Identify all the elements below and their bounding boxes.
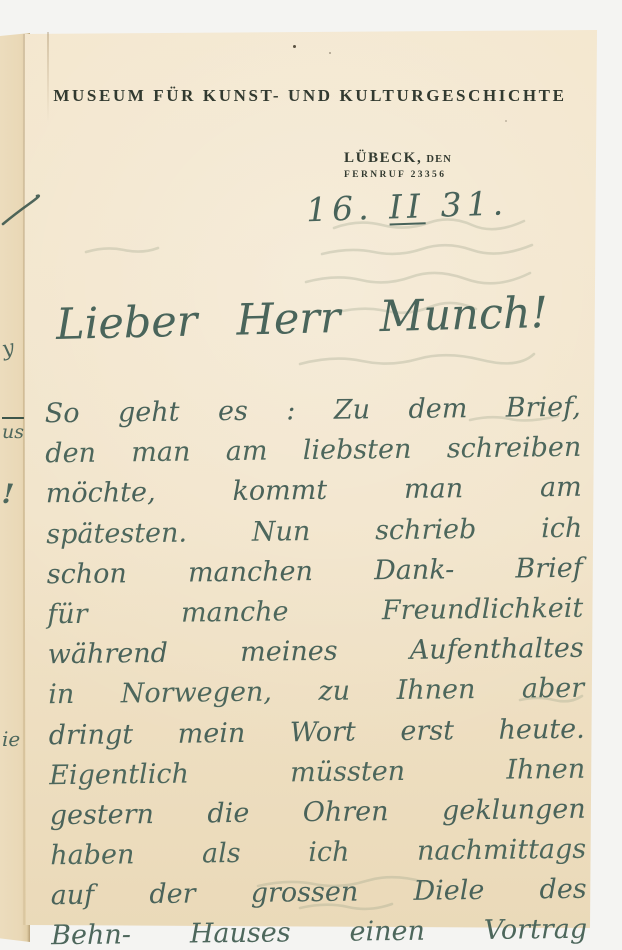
handwritten-line: dringt mein Wort erst heute. [49,709,585,756]
place-den-label: DEN [426,154,452,165]
handwritten-line: spätesten. Nun schrieb ich [46,508,582,555]
date-year: 31. [440,183,509,224]
handwritten-line: möchte, kommt man am [46,468,582,515]
date-month-roman: II [388,186,425,226]
place-line: LÜBECK, DEN [344,149,452,167]
handwritten-line: schon manchen Dank- Brief [47,548,583,595]
handwritten-line: Behn- Hauses einen Vortrag [51,910,587,950]
handwritten-line: haben als ich nachmittags [50,830,586,877]
handwritten-line: So geht es : Zu dem Brief, [45,388,581,435]
letterhead-place-block: LÜBECK, DEN FERNRUF 23356 [344,149,452,180]
handwritten-line: in Norwegen, zu Ihnen aber [48,669,584,716]
handwriting-fragment: us [2,417,24,443]
handwritten-line: für manche Freundlichkeit [47,589,583,636]
handwriting-fragment: ! [1,479,15,511]
handwritten-line: auf der grossen Diele des [50,870,586,917]
letter-body: So geht es : Zu dem Brief, den man am li… [45,388,588,950]
paper-speck [293,45,296,48]
paper-speck [329,52,331,54]
paper-speck [505,120,507,122]
handwriting-fragment: ie [2,727,20,751]
paper-crease [47,32,49,122]
letterhead-title: MUSEUM FÜR KUNST- UND KULTURGESCHICHTE [23,86,597,106]
date-day: 16. [305,188,374,229]
handwritten-line: Eigentlich müssten Ihnen [49,749,585,796]
handwritten-line: gestern die Ohren geklungen [49,790,585,837]
handwritten-line: den man am liebsten schreiben [45,428,581,475]
handwritten-line: während meines Aufenthaltes [48,629,584,676]
phone-line: FERNRUF 23356 [344,170,452,180]
place-city: LÜBECK, [344,150,422,166]
scanned-letter: y us ! ie MUSEUM FÜR KUNST- UND KULTURGE… [0,0,622,950]
paper-left-edge [23,34,25,925]
handwriting-fragment: y [0,335,16,361]
